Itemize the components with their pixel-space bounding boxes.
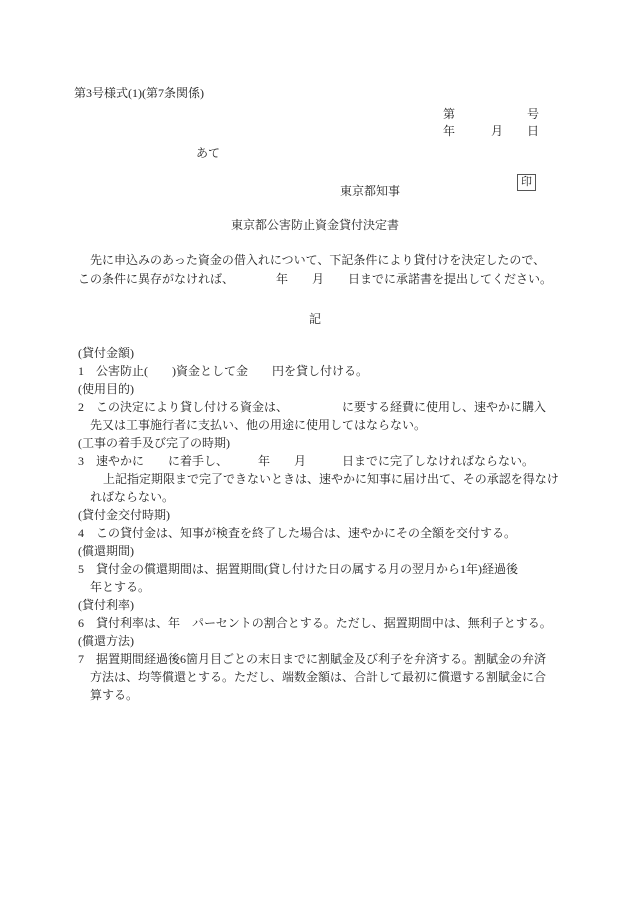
date-line: 年 月 日	[443, 122, 539, 139]
intro-line-2: この条件に異存がなければ、 年 月 日までに承諾書を提出してください。	[78, 270, 552, 289]
condition-line: ればならない。	[78, 488, 598, 506]
addressee-suffix: あて	[196, 144, 220, 161]
conditions-list: (貸付金額)1 公害防止( )資金として金 円を貸し付ける。(使用目的)2 この…	[78, 344, 598, 704]
seal-mark: 印	[517, 174, 536, 191]
condition-line: (貸付金交付時期)	[78, 506, 598, 524]
condition-line: 7 据置期間経過後6箇月目ごとの末日までに割賦金及び利子を弁済する。割賦金の弁済	[78, 650, 598, 668]
ki-marker: 記	[0, 310, 630, 327]
condition-line: (償還方法)	[78, 632, 598, 650]
condition-line: (工事の着手及び完了の時期)	[78, 434, 598, 452]
condition-line: 3 速やかに に着手し、 年 月 日までに完了しなければならない。	[78, 452, 598, 470]
form-number: 第3号様式(1)(第7条関係)	[74, 84, 204, 101]
condition-line: (償還期間)	[78, 542, 598, 560]
condition-line: 1 公害防止( )資金として金 円を貸し付ける。	[78, 362, 598, 380]
document-page: 第3号様式(1)(第7条関係) 第 号 年 月 日 あて 東京都知事 印 東京都…	[0, 0, 630, 915]
condition-line: 6 貸付利率は、年 パーセントの割合とする。ただし、据置期間中は、無利子とする。	[78, 614, 598, 632]
condition-line: 先又は工事施行者に支払い、他の用途に使用してはならない。	[78, 416, 598, 434]
condition-line: (貸付金額)	[78, 344, 598, 362]
condition-line: (使用目的)	[78, 380, 598, 398]
document-number-line: 第 号	[443, 105, 539, 122]
sender-name: 東京都知事	[340, 182, 400, 199]
condition-line: 方法は、均等償還とする。ただし、端数金額は、合計して最初に償還する割賦金に合	[78, 668, 598, 686]
document-title: 東京都公害防止資金貸付決定書	[0, 216, 630, 233]
condition-line: (貸付利率)	[78, 596, 598, 614]
condition-line: 算する。	[78, 686, 598, 704]
condition-line: 年とする。	[78, 578, 598, 596]
condition-line: 上記指定期限まで完了できないときは、速やかに知事に届け出て、その承認を得なけ	[78, 470, 598, 488]
intro-paragraph: 先に申込みのあった資金の借入れについて、下記条件により貸付けを決定したので、 こ…	[78, 251, 552, 288]
condition-line: 5 貸付金の償還期間は、据置期間(貸し付けた日の属する月の翌月から1年)経過後	[78, 560, 598, 578]
condition-line: 4 この貸付金は、知事が検査を終了した場合は、速やかにその全額を交付する。	[78, 524, 598, 542]
condition-line: 2 この決定により貸し付ける資金は、 に要する経費に使用し、速やかに購入	[78, 398, 598, 416]
intro-line-1: 先に申込みのあった資金の借入れについて、下記条件により貸付けを決定したので、	[78, 251, 552, 270]
